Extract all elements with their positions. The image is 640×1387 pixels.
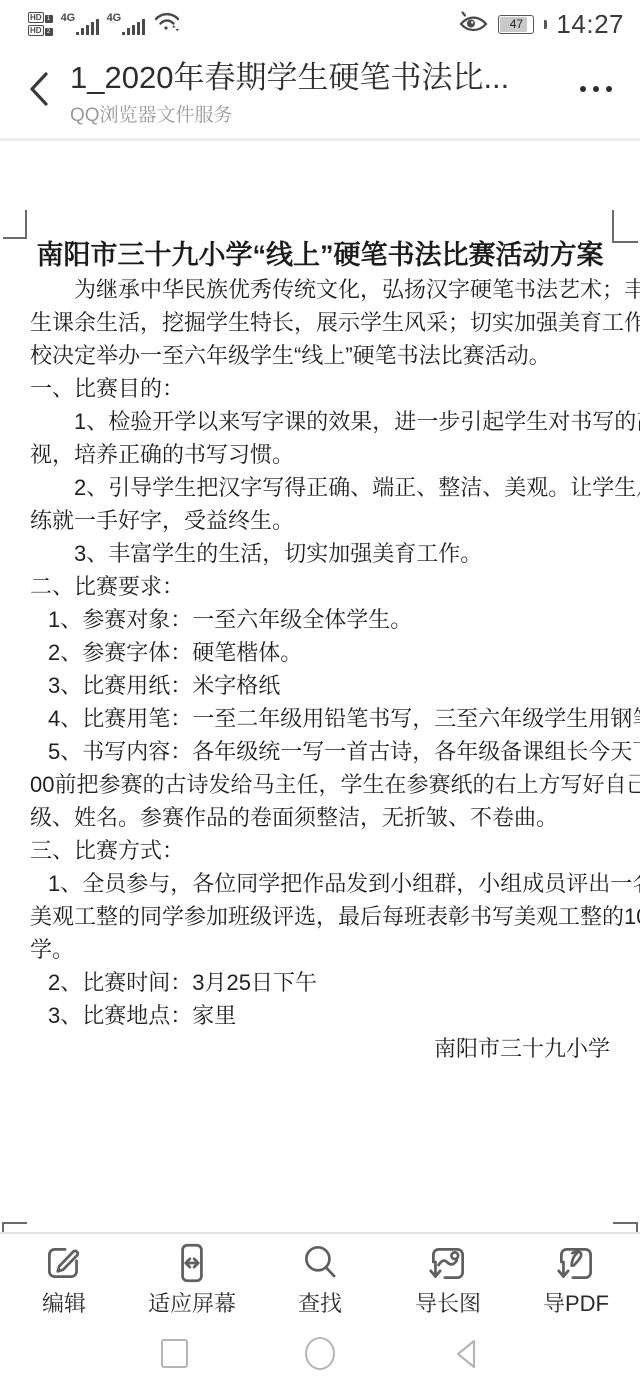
export-pdf-icon bbox=[553, 1240, 599, 1286]
status-right: 47 14:27 bbox=[457, 9, 624, 40]
document-line: 2、比赛时间：3月25日下午 bbox=[30, 966, 610, 999]
tool-label: 查找 bbox=[298, 1287, 342, 1318]
home-circle-icon bbox=[305, 1337, 335, 1370]
battery-nub bbox=[544, 20, 547, 29]
home-button[interactable] bbox=[300, 1334, 340, 1374]
signal-bars-icon: 4G bbox=[61, 11, 99, 37]
file-title: 1_2020年春期学生硬笔书法比... bbox=[70, 52, 568, 97]
hd2-badge: HD 2 bbox=[28, 25, 53, 36]
document-line: 3、比赛地点：家里 bbox=[30, 999, 610, 1032]
export-pdf-button[interactable]: 导PDF bbox=[512, 1234, 640, 1320]
hd-badges: HD 1 HD 2 bbox=[28, 12, 53, 36]
eye-comfort-icon bbox=[457, 9, 489, 40]
document-line: 美观工整的同学参加班级评选，最后每班表彰书写美观工整的10名同 bbox=[30, 900, 610, 933]
battery-icon: 47 bbox=[498, 15, 534, 34]
page-corner-mark bbox=[613, 1222, 638, 1232]
edit-icon bbox=[41, 1240, 87, 1286]
document-line: 一、比赛目的： bbox=[30, 372, 610, 405]
document-line: 视，培养正确的书写习惯。 bbox=[30, 438, 610, 471]
back-button[interactable] bbox=[22, 68, 56, 110]
document-line: 4、比赛用笔：一至二年级用铅笔书写，三至六年级学生用钢笔。 bbox=[30, 702, 610, 735]
signal-bars bbox=[122, 19, 145, 35]
wifi-icon bbox=[153, 10, 181, 39]
nav-back-button[interactable] bbox=[446, 1334, 486, 1374]
page-corner-mark bbox=[612, 210, 638, 243]
document-line: 练就一手好字，受益终生。 bbox=[30, 504, 610, 537]
document-line: 00前把参赛的古诗发给马主任，学生在参赛纸的右上方写好自己的班 bbox=[30, 768, 610, 801]
document-line: 1、参赛对象：一至六年级全体学生。 bbox=[30, 603, 610, 636]
document-line: 二、比赛要求： bbox=[30, 570, 610, 603]
more-dots-icon bbox=[580, 86, 586, 92]
bottom-toolbar: 编辑 适应屏幕 查找 bbox=[0, 1232, 640, 1320]
phone-screen: HD 1 HD 2 4G 4G bbox=[0, 0, 640, 1387]
document-title: 南阳市三十九小学“线上”硬笔书法比赛活动方案 bbox=[0, 237, 640, 273]
recents-square-icon bbox=[161, 1339, 188, 1368]
document-line: 生课余生活，挖掘学生特长，展示学生风采；切实加强美育工作，学 bbox=[30, 306, 610, 339]
document-line: 3、丰富学生的生活，切实加强美育工作。 bbox=[30, 537, 610, 570]
document-line: 为继承中华民族优秀传统文化，弘扬汉字硬笔书法艺术；丰富学 bbox=[30, 273, 610, 306]
document-line: 2、引导学生把汉字写得正确、端正、整洁、美观。让学生从小就 bbox=[30, 471, 610, 504]
back-chevron-icon bbox=[24, 68, 54, 110]
document-line: 三、比赛方式： bbox=[30, 834, 610, 867]
export-long-image-button[interactable]: 导长图 bbox=[384, 1234, 512, 1320]
document-line: 1、检验开学以来写字课的效果，进一步引起学生对书写的高度重 bbox=[30, 405, 610, 438]
status-bar: HD 1 HD 2 4G 4G bbox=[0, 0, 640, 48]
tool-label: 导长图 bbox=[415, 1287, 481, 1318]
document-line: 1、全员参与，各位同学把作品发到小组群，小组成员评出一名书写 bbox=[30, 867, 610, 900]
document-line: 级、姓名。参赛作品的卷面须整洁，无折皱、不卷曲。 bbox=[30, 801, 610, 834]
recents-button[interactable] bbox=[154, 1334, 194, 1374]
search-icon bbox=[297, 1240, 343, 1286]
page-corner-mark bbox=[3, 210, 27, 239]
document-line: 学。 bbox=[30, 933, 610, 966]
document-line: 3、比赛用纸：米字格纸 bbox=[30, 669, 610, 702]
app-header: 1_2020年春期学生硬笔书法比... QQ浏览器文件服务 bbox=[0, 48, 640, 141]
tool-label: 编辑 bbox=[42, 1287, 86, 1318]
file-source-label: QQ浏览器文件服务 bbox=[70, 100, 568, 127]
more-dots-icon bbox=[606, 86, 612, 92]
hd1-badge: HD 1 bbox=[28, 12, 53, 23]
hd-sub-label: 2 bbox=[45, 28, 53, 36]
signal-bars bbox=[76, 19, 99, 35]
more-dots-icon bbox=[593, 86, 599, 92]
document-line: 2、参赛字体：硬笔楷体。 bbox=[30, 636, 610, 669]
document-body: 为继承中华民族优秀传统文化，弘扬汉字硬笔书法艺术；丰富学生课余生活，挖掘学生特长… bbox=[0, 273, 640, 1065]
hd-label: HD bbox=[28, 25, 44, 36]
document-line: 校决定举办一至六年级学生“线上”硬笔书法比赛活动。 bbox=[30, 339, 610, 372]
back-triangle-icon bbox=[453, 1337, 479, 1371]
export-long-image-icon bbox=[425, 1240, 471, 1286]
edit-button[interactable]: 编辑 bbox=[0, 1234, 128, 1320]
header-title-group: 1_2020年春期学生硬笔书法比... QQ浏览器文件服务 bbox=[70, 52, 568, 127]
fit-screen-icon bbox=[169, 1240, 215, 1286]
document-view[interactable]: 南阳市三十九小学“线上”硬笔书法比赛活动方案 为继承中华民族优秀传统文化，弘扬汉… bbox=[0, 141, 640, 1232]
fit-screen-button[interactable]: 适应屏幕 bbox=[128, 1234, 256, 1320]
find-button[interactable]: 查找 bbox=[256, 1234, 384, 1320]
signal-bars-icon: 4G bbox=[107, 11, 145, 37]
tool-label: 适应屏幕 bbox=[148, 1287, 236, 1318]
more-menu-button[interactable] bbox=[580, 76, 612, 102]
status-time: 14:27 bbox=[556, 9, 624, 40]
tool-label: 导PDF bbox=[543, 1287, 609, 1318]
page-corner-mark bbox=[2, 1222, 27, 1232]
status-left: HD 1 HD 2 4G 4G bbox=[28, 10, 181, 39]
document-line: 南阳市三十九小学 bbox=[30, 1032, 610, 1065]
document-line: 5、书写内容：各年级统一写一首古诗，各年级备课组长今天下午7; bbox=[30, 735, 610, 768]
android-nav-bar bbox=[0, 1320, 640, 1387]
battery-level: 47 bbox=[510, 17, 523, 31]
hd-label: HD bbox=[28, 12, 44, 23]
hd-sub-label: 1 bbox=[45, 15, 53, 23]
network-type-label: 4G bbox=[107, 12, 122, 24]
network-type-label: 4G bbox=[61, 12, 76, 24]
